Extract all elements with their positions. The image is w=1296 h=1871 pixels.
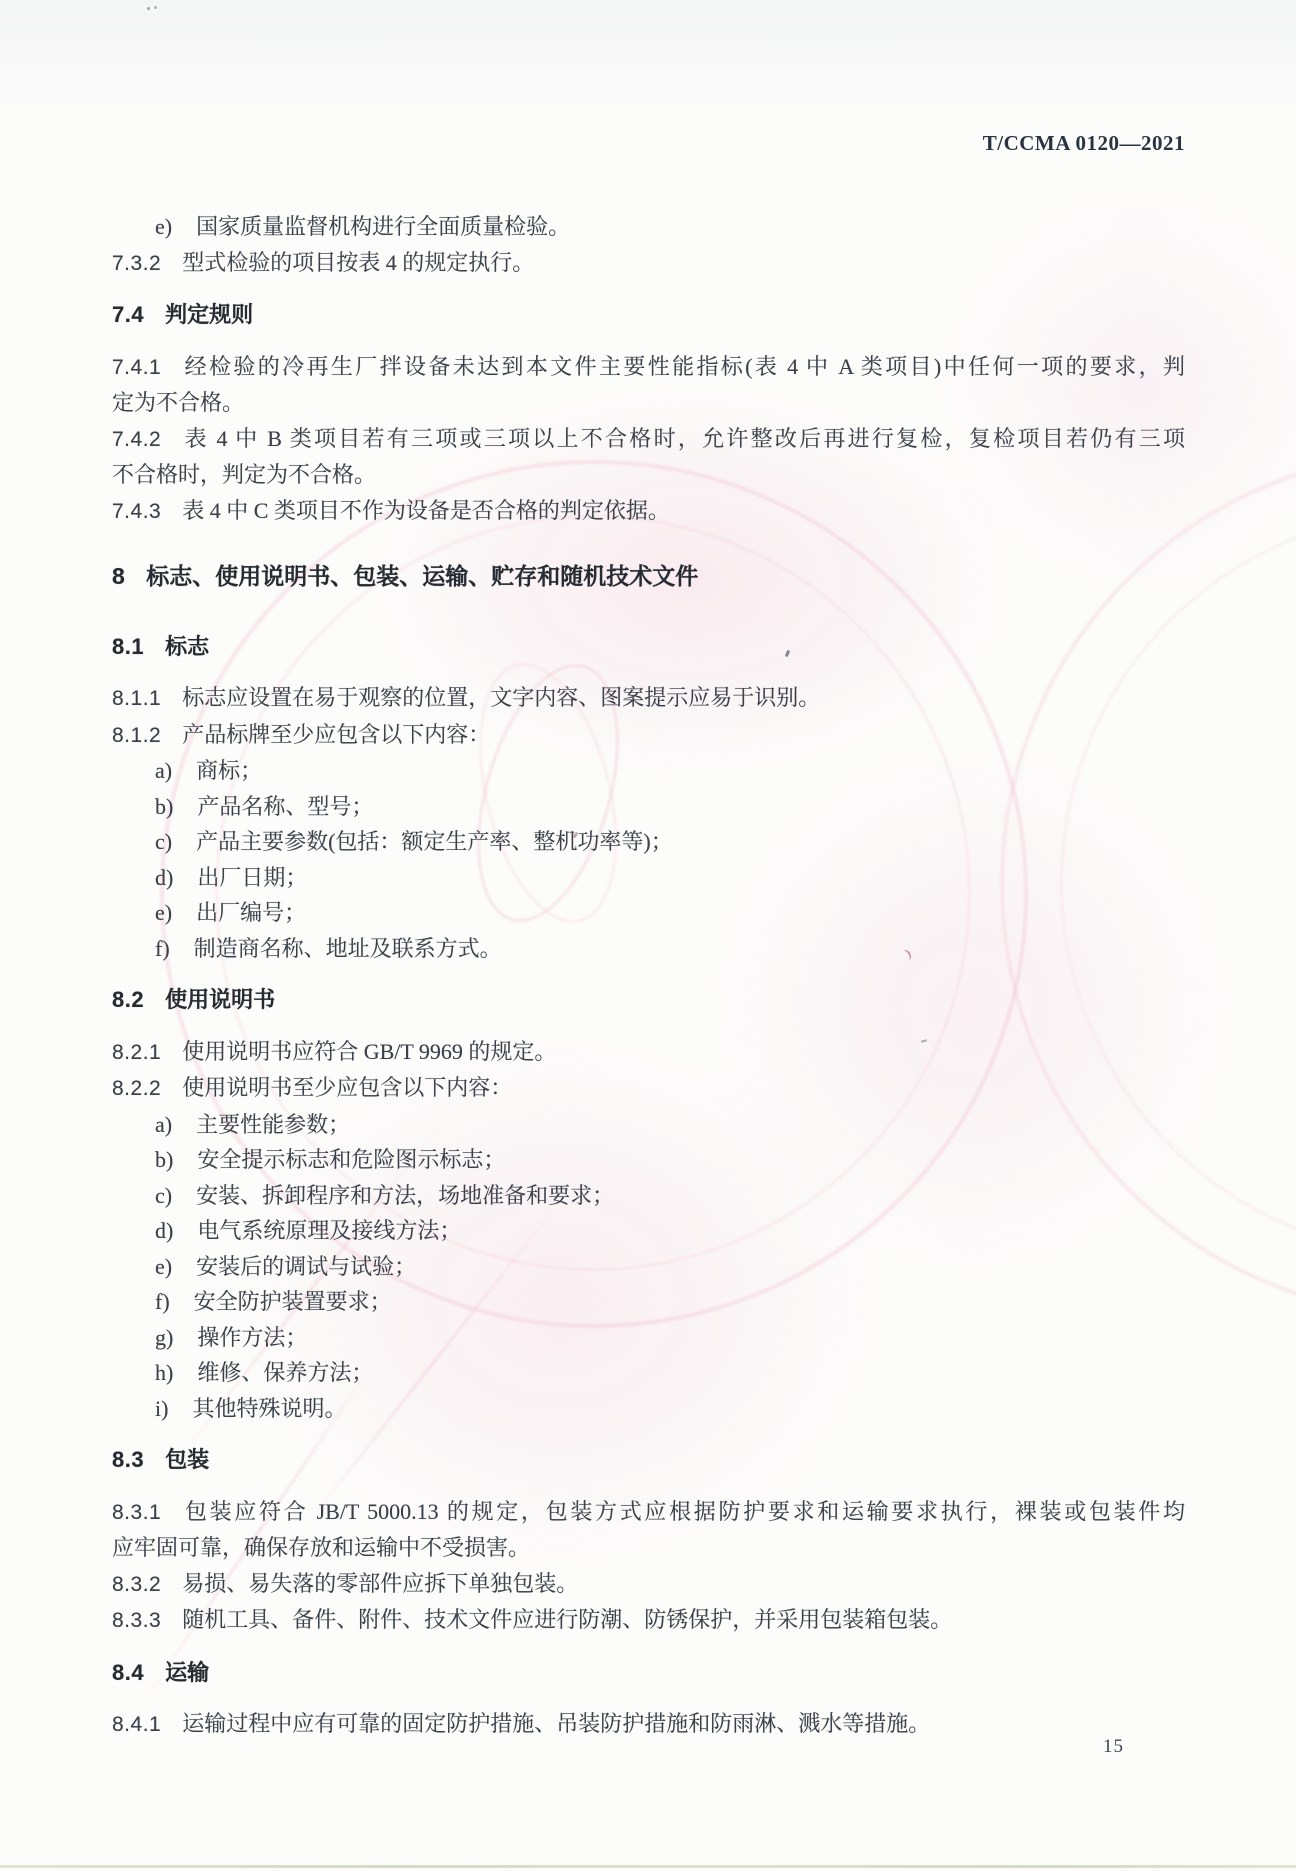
clause-7.4.3: 7.4.3表 4 中 C 类项目不作为设备是否合格的判定依据。 — [112, 493, 1185, 530]
list-item-a: a)主要性能参数； — [112, 1107, 1185, 1143]
section-heading-8.2: 8.2使用说明书 — [112, 982, 1185, 1018]
clause-text: 表 4 中 C 类项目不作为设备是否合格的判定依据。 — [182, 498, 670, 523]
clause-number: 7.4 — [112, 302, 144, 327]
clause-number: 7.4.2 — [112, 428, 161, 451]
paragraph-continuation: 定为不合格。 — [112, 385, 1185, 421]
clause-text: 运输过程中应有可靠的固定防护措施、吊装防护措施和防雨淋、溅水等措施。 — [182, 1711, 930, 1736]
heading-text: 判定规则 — [165, 302, 253, 327]
clause-text: 使用说明书至少应包含以下内容： — [182, 1075, 512, 1100]
heading-text: 运输 — [165, 1660, 209, 1685]
clause-text: 安全防护装置要求； — [194, 1289, 392, 1314]
clause-text: 出厂日期； — [197, 865, 307, 890]
clause-text: 型式检验的项目按表 4 的规定执行。 — [182, 250, 534, 275]
list-item-i: i)其他特殊说明。 — [112, 1391, 1185, 1427]
paragraph-continuation: 应牢固可靠，确保存放和运输中不受损害。 — [112, 1530, 1185, 1566]
clause-text: 安装、拆卸程序和方法，场地准备和要求； — [196, 1183, 614, 1208]
list-item-g: g)操作方法； — [112, 1320, 1185, 1356]
clause-8.4.1: 8.4.1运输过程中应有可靠的固定防护措施、吊装防护措施和防雨淋、溅水等措施。 — [112, 1706, 1185, 1743]
list-item-letter: g) — [155, 1325, 173, 1350]
list-item-letter: c) — [155, 829, 172, 854]
clause-text: 主要性能参数； — [196, 1112, 350, 1137]
clause-text: 电气系统原理及接线方法； — [197, 1218, 461, 1243]
list-item-letter: f) — [155, 936, 170, 961]
clause-number: 8.4 — [112, 1660, 144, 1685]
clause-text: 经检验的冷再生厂拌设备未达到本文件主要性能指标(表 4 中 A 类项目)中任何一… — [182, 354, 1185, 379]
list-item-letter: b) — [155, 794, 173, 819]
clause-number: 7.3.2 — [112, 252, 161, 275]
list-item-letter: c) — [155, 1183, 172, 1208]
clause-text: 表 4 中 B 类项目若有三项或三项以上不合格时，允许整改后再进行复检，复检项目… — [182, 426, 1185, 451]
list-item-e: e)安装后的调试与试验； — [112, 1249, 1185, 1285]
clause-number: 8.1.2 — [112, 724, 161, 747]
clause-text: 制造商名称、地址及联系方式。 — [194, 936, 502, 961]
list-item-f: f)安全防护装置要求； — [112, 1284, 1185, 1320]
clause-number: 8.2.1 — [112, 1041, 161, 1064]
list-item-e: e)出厂编号； — [112, 895, 1185, 931]
clause-text: 安全提示标志和危险图示标志； — [197, 1147, 505, 1172]
clause-number: 8.3.2 — [112, 1573, 161, 1596]
list-item-d: d)出厂日期； — [112, 860, 1185, 896]
clause-number: 8.3.1 — [112, 1501, 161, 1524]
list-item-c: c)安装、拆卸程序和方法，场地准备和要求； — [112, 1178, 1185, 1214]
clause-number: 8.4.1 — [112, 1713, 161, 1736]
clause-text: 其他特殊说明。 — [192, 1396, 346, 1421]
page-number: 15 — [1103, 1736, 1124, 1758]
list-item-letter: f) — [155, 1289, 170, 1314]
scan-bottom-edge — [0, 1865, 1296, 1868]
clause-number: 7.4.1 — [112, 356, 161, 379]
clause-8.2.1: 8.2.1使用说明书应符合 GB/T 9969 的规定。 — [112, 1034, 1185, 1071]
clause-8.1.2: 8.1.2产品标牌至少应包含以下内容： — [112, 717, 1185, 754]
clause-8.2.2: 8.2.2使用说明书至少应包含以下内容： — [112, 1070, 1185, 1107]
clause-text: 易损、易失落的零部件应拆下单独包装。 — [182, 1571, 578, 1596]
clause-text: 产品标牌至少应包含以下内容： — [182, 722, 490, 747]
list-item-letter: d) — [155, 1218, 173, 1243]
section-heading-7.4: 7.4判定规则 — [112, 297, 1185, 333]
clause-text: 维修、保养方法； — [197, 1360, 373, 1385]
document-page: T/CCMA 0120—2021 e)国家质量监督机构进行全面质量检验。7.3.… — [0, 0, 1296, 1871]
clause-text: 标志应设置在易于观察的位置，文字内容、图案提示应易于识别。 — [182, 685, 820, 710]
heading-text: 使用说明书 — [165, 987, 275, 1012]
clause-8.3.3: 8.3.3随机工具、备件、附件、技术文件应进行防潮、防锈保护，并采用包装箱包装。 — [112, 1602, 1185, 1639]
clause-number: 8.1 — [112, 634, 144, 659]
clause-number: 8.3.3 — [112, 1609, 161, 1632]
clause-8.3.1: 8.3.1包装应符合 JB/T 5000.13 的规定，包装方式应根据防护要求和… — [112, 1494, 1185, 1531]
clause-text: 不合格时，判定为不合格。 — [112, 462, 376, 487]
clause-number: 8 — [112, 563, 125, 589]
list-item-b: b)产品名称、型号； — [112, 789, 1185, 825]
section-heading-8.1: 8.1标志 — [112, 629, 1185, 665]
heading-text: 标志、使用说明书、包装、运输、贮存和随机技术文件 — [146, 563, 698, 589]
clause-7.3.2: 7.3.2型式检验的项目按表 4 的规定执行。 — [112, 245, 1185, 282]
document-body: e)国家质量监督机构进行全面质量检验。7.3.2型式检验的项目按表 4 的规定执… — [112, 209, 1185, 1743]
clause-text: 产品名称、型号； — [197, 794, 373, 819]
clause-7.4.2: 7.4.2表 4 中 B 类项目若有三项或三项以上不合格时，允许整改后再进行复检… — [112, 421, 1185, 458]
list-item-d: d)电气系统原理及接线方法； — [112, 1213, 1185, 1249]
list-item-letter: e) — [155, 214, 172, 239]
clause-text: 操作方法； — [197, 1325, 307, 1350]
scan-speck — [147, 7, 150, 10]
list-item-h: h)维修、保养方法； — [112, 1355, 1185, 1391]
clause-text: 商标； — [196, 758, 262, 783]
clause-text: 产品主要参数(包括：额定生产率、整机功率等)； — [196, 829, 673, 854]
clause-7.4.1: 7.4.1经检验的冷再生厂拌设备未达到本文件主要性能指标(表 4 中 A 类项目… — [112, 349, 1185, 386]
heading-text: 标志 — [165, 634, 209, 659]
list-item-letter: h) — [155, 1360, 173, 1385]
clause-text: 出厂编号； — [196, 900, 306, 925]
clause-8.3.2: 8.3.2易损、易失落的零部件应拆下单独包装。 — [112, 1566, 1185, 1603]
clause-number: 8.2.2 — [112, 1077, 161, 1100]
clause-8.1.1: 8.1.1标志应设置在易于观察的位置，文字内容、图案提示应易于识别。 — [112, 680, 1185, 717]
list-item-b: b)安全提示标志和危险图示标志； — [112, 1142, 1185, 1178]
standard-number-header: T/CCMA 0120—2021 — [983, 131, 1185, 156]
paragraph-continuation: 不合格时，判定为不合格。 — [112, 457, 1185, 493]
list-item-letter: a) — [155, 758, 172, 783]
list-item-letter: e) — [155, 900, 172, 925]
clause-text: 定为不合格。 — [112, 390, 244, 415]
clause-text: 随机工具、备件、附件、技术文件应进行防潮、防锈保护，并采用包装箱包装。 — [182, 1607, 952, 1632]
section-heading-8: 8标志、使用说明书、包装、运输、贮存和随机技术文件 — [112, 559, 1185, 595]
list-item-letter: b) — [155, 1147, 173, 1172]
list-item-f: f)制造商名称、地址及联系方式。 — [112, 931, 1185, 967]
list-item-letter: i) — [155, 1396, 168, 1421]
list-item-a: a)商标； — [112, 753, 1185, 789]
section-heading-8.4: 8.4运输 — [112, 1655, 1185, 1691]
clause-text: 使用说明书应符合 GB/T 9969 的规定。 — [182, 1039, 556, 1064]
clause-number: 8.3 — [112, 1447, 144, 1472]
list-item-c: c)产品主要参数(包括：额定生产率、整机功率等)； — [112, 824, 1185, 860]
clause-number: 8.1.1 — [112, 687, 161, 710]
section-heading-8.3: 8.3包装 — [112, 1442, 1185, 1478]
heading-text: 包装 — [165, 1447, 209, 1472]
clause-text: 安装后的调试与试验； — [196, 1254, 416, 1279]
list-item-letter: d) — [155, 865, 173, 890]
list-item-letter: a) — [155, 1112, 172, 1137]
clause-number: 8.2 — [112, 987, 144, 1012]
clause-text: 应牢固可靠，确保存放和运输中不受损害。 — [112, 1535, 530, 1560]
clause-text: 包装应符合 JB/T 5000.13 的规定，包装方式应根据防护要求和运输要求执… — [182, 1499, 1185, 1524]
list-item-e: e)国家质量监督机构进行全面质量检验。 — [112, 209, 1185, 245]
list-item-letter: e) — [155, 1254, 172, 1279]
clause-text: 国家质量监督机构进行全面质量检验。 — [196, 214, 570, 239]
clause-number: 7.4.3 — [112, 500, 161, 523]
